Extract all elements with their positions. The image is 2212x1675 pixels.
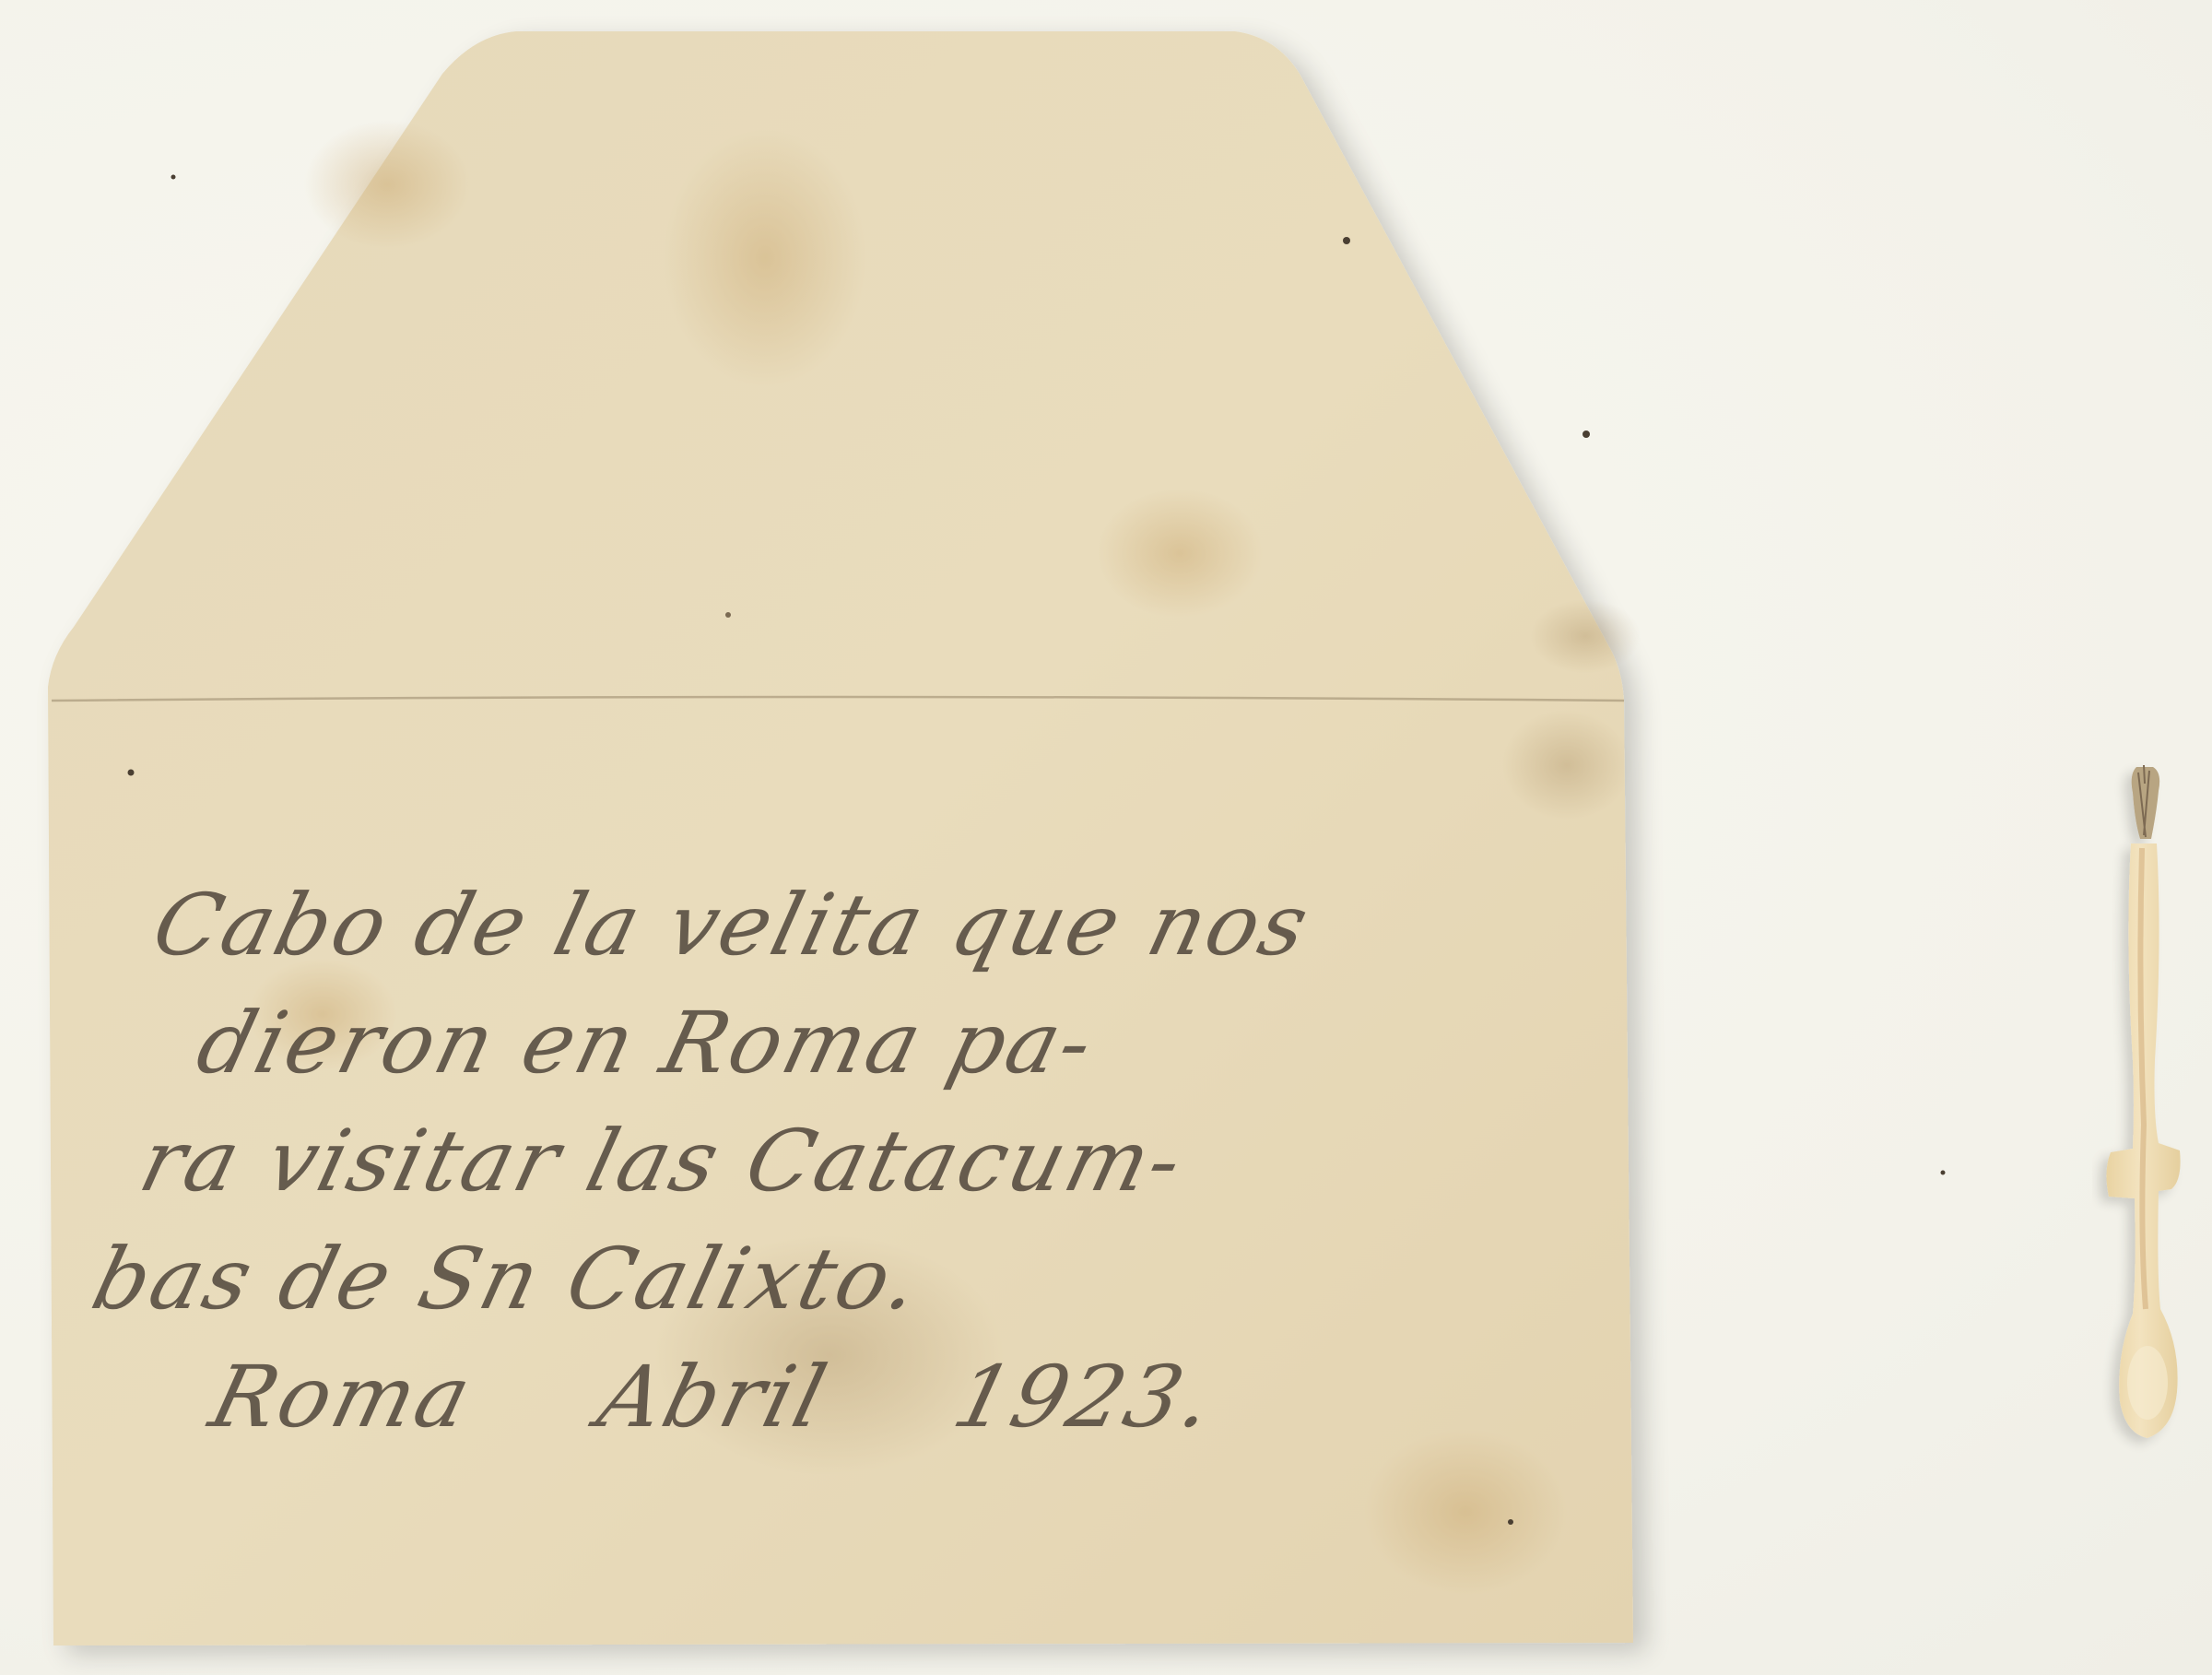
handwritten-inscription: Cabo de la velita que nos dieron en Roma… xyxy=(14,867,1636,1457)
inscription-line-5-place-date: Roma Abril 1923. xyxy=(14,1339,1518,1457)
wick xyxy=(2132,767,2159,839)
inscription-line-3: ra visitar las Catacum- xyxy=(73,1103,1577,1221)
candle-stub xyxy=(2092,756,2194,1457)
envelope: Cabo de la velita que nos dieron en Roma… xyxy=(0,0,2212,1675)
inscription-line-2: dieron en Roma pa- xyxy=(102,985,1606,1103)
inscription-line-1: Cabo de la velita que nos xyxy=(132,867,1636,985)
inscription-line-4: bas de Sn Calixto. xyxy=(43,1221,1547,1339)
candle-stub-shape xyxy=(2092,756,2194,1457)
